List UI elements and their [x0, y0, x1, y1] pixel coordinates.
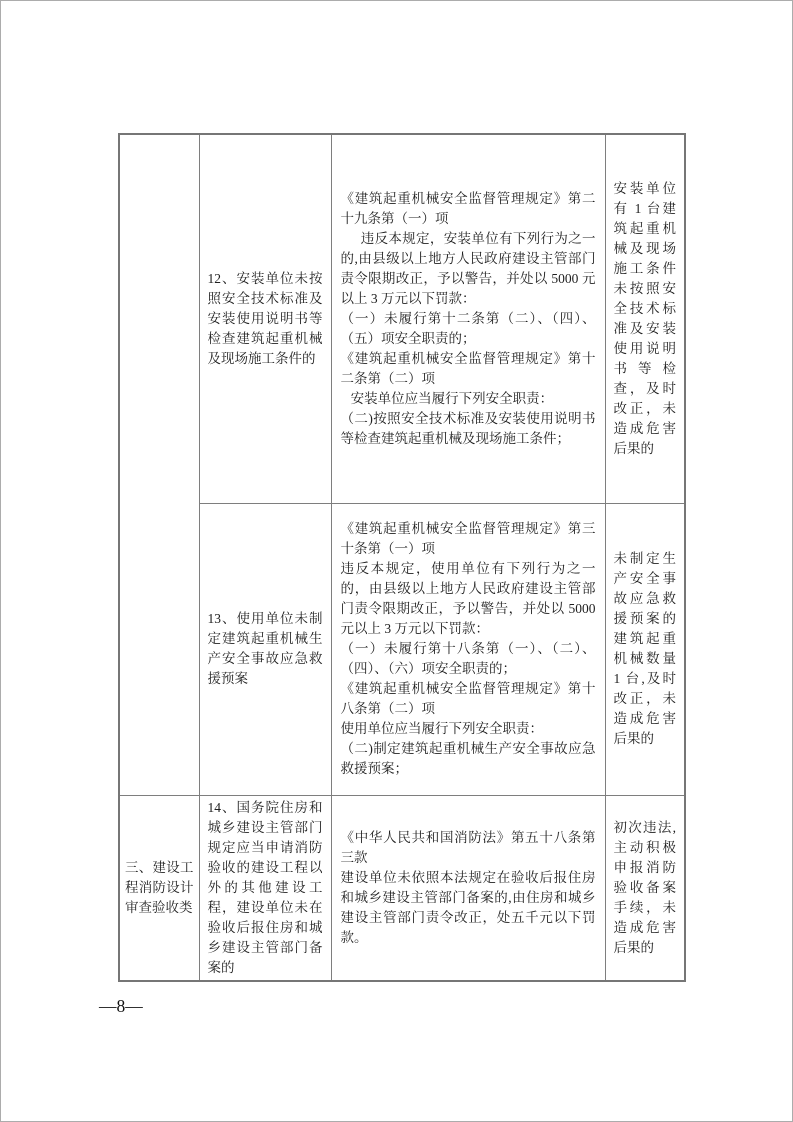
legal-paragraph: （一）未履行第十八条第（一）、（二）、（四）、（六）项安全职责的；	[341, 639, 596, 679]
violation-item-cell: 12、安装单位未按照安全技术标准及安装使用说明书等检查建筑起重机械及现场施工条件…	[199, 134, 331, 503]
category-cell-merged-empty	[119, 134, 199, 795]
discretion-benchmark-cell: 未制定生产安全事故应急救援预案的建筑起重机械数量 1 台,及时改正，未造成危害后…	[605, 503, 685, 795]
category-cell-fire-inspection: 三、建设工程消防设计审查验收类	[119, 795, 199, 981]
legal-paragraph: 使用单位应当履行下列安全职责：	[341, 719, 596, 739]
table-row-item-13: 13、使用单位未制定建筑起重机械生产安全事故应急救援预案 《建筑起重机械安全监督…	[119, 503, 685, 795]
violation-item-text: 14、国务院住房和城乡建设主管部门规定应当申请消防验收的建设工程以外的其他建设工…	[208, 798, 323, 978]
legal-paragraph: 《建筑起重机械安全监督管理规定》第十二条第（二）项	[341, 349, 596, 389]
violation-item-text: 12、安装单位未按照安全技术标准及安装使用说明书等检查建筑起重机械及现场施工条件…	[208, 269, 323, 369]
legal-paragraph: （二)制定建筑起重机械生产安全事故应急救援预案；	[341, 739, 596, 779]
legal-paragraph: 《建筑起重机械安全监督管理规定》第二十九条第（一）项	[341, 189, 596, 229]
table-row-item-12: 12、安装单位未按照安全技术标准及安装使用说明书等检查建筑起重机械及现场施工条件…	[119, 134, 685, 503]
discretion-benchmark-cell: 初次违法,主动积极申报消防验收备案手续，未造成危害后果的	[605, 795, 685, 981]
legal-paragraph: 《建筑起重机械安全监督管理规定》第十八条第（二）项	[341, 679, 596, 719]
legal-paragraph: 安装单位应当履行下列安全职责：	[341, 389, 596, 409]
table-row-item-14: 三、建设工程消防设计审查验收类 14、国务院住房和城乡建设主管部门规定应当申请消…	[119, 795, 685, 981]
legal-paragraph: （二)按照安全技术标准及安装使用说明书等检查建筑起重机械及现场施工条件；	[341, 409, 596, 449]
legal-paragraph: 违反本规定，使用单位有下列行为之一的，由县级以上地方人民政府建设主管部门责令限期…	[341, 559, 596, 639]
discretion-benchmark-cell: 安装单位有 1 台建筑起重机械及现场施工条件未按照安全技术标准及安装使用说明书等…	[605, 134, 685, 503]
legal-paragraph: 《建筑起重机械安全监督管理规定》第三十条第（一）项	[341, 519, 596, 559]
discretion-text: 安装单位有 1 台建筑起重机械及现场施工条件未按照安全技术标准及安装使用说明书等…	[614, 179, 677, 459]
legal-basis-cell: 《建筑起重机械安全监督管理规定》第三十条第（一）项 违反本规定，使用单位有下列行…	[331, 503, 605, 795]
penalty-discretion-table: 12、安装单位未按照安全技术标准及安装使用说明书等检查建筑起重机械及现场施工条件…	[118, 133, 686, 982]
violation-item-cell: 13、使用单位未制定建筑起重机械生产安全事故应急救援预案	[199, 503, 331, 795]
legal-paragraph: （一）未履行第十二条第（二）、（四）、（五）项安全职责的；	[341, 309, 596, 349]
violation-item-cell: 14、国务院住房和城乡建设主管部门规定应当申请消防验收的建设工程以外的其他建设工…	[199, 795, 331, 981]
legal-basis-cell: 《建筑起重机械安全监督管理规定》第二十九条第（一）项 违反本规定，安装单位有下列…	[331, 134, 605, 503]
legal-paragraph: 建设单位未依照本法规定在验收后报住房和城乡建设主管部门备案的,由住房和城乡建设主…	[341, 868, 596, 948]
violation-item-text: 13、使用单位未制定建筑起重机械生产安全事故应急救援预案	[208, 609, 323, 689]
discretion-text: 初次违法,主动积极申报消防验收备案手续，未造成危害后果的	[614, 818, 677, 958]
document-page: 12、安装单位未按照安全技术标准及安装使用说明书等检查建筑起重机械及现场施工条件…	[0, 0, 793, 1122]
legal-paragraph: 《中华人民共和国消防法》第五十八条第三款	[341, 828, 596, 868]
legal-paragraph: 违反本规定，安装单位有下列行为之一的,由县级以上地方人民政府建设主管部门责令限期…	[341, 229, 596, 309]
legal-basis-cell: 《中华人民共和国消防法》第五十八条第三款 建设单位未依照本法规定在验收后报住房和…	[331, 795, 605, 981]
category-text: 三、建设工程消防设计审查验收类	[125, 858, 194, 918]
page-number: —8—	[99, 995, 143, 1017]
discretion-text: 未制定生产安全事故应急救援预案的建筑起重机械数量 1 台,及时改正，未造成危害后…	[614, 549, 677, 749]
